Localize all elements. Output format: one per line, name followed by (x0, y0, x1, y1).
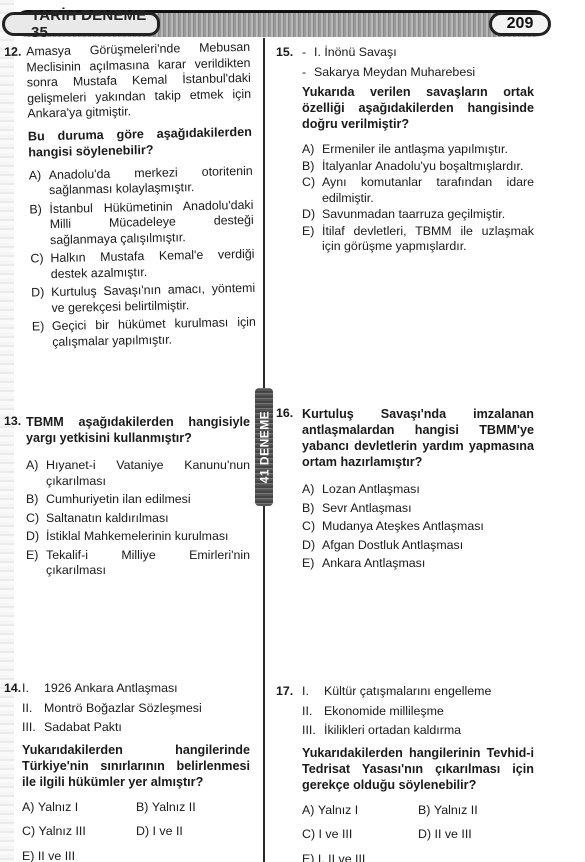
question-stem: Yukarıda verilen savaşların ortak özelli… (302, 84, 534, 132)
statement-item: -Sakarya Meydan Muharebesi (302, 65, 534, 81)
question-12: 12. Amasya Görüşmeleri'nde Mebusan Mecli… (4, 40, 256, 354)
option-b[interactable]: B) Yalnız II (136, 800, 250, 816)
question-stem: Kurtuluş Savaşı'nda imzalanan antlaşmala… (302, 406, 534, 470)
options-list: A)Lozan Antlaşması B)Sevr Antlaşması C)M… (302, 482, 534, 572)
option-e[interactable]: E)Geçici bir hükümet kurulması için çalı… (32, 315, 257, 351)
option-d[interactable]: D)Kurtuluş Savaşı'nın amacı, yöntemi ve … (31, 281, 256, 317)
question-13: 13. TBMM aşağıdakilerden hangisiyle yarg… (4, 414, 250, 582)
option-b[interactable]: B)İstanbul Hükümetinin Anadolu'daki Mill… (29, 197, 254, 248)
statement-item: III.Sadabat Paktı (22, 720, 250, 736)
options-grid: A) Yalnız I B) Yalnız II C) I ve III D) … (302, 803, 534, 862)
statement-item: II.Ekonomide millileşme (302, 704, 534, 720)
question-stem: Bu duruma göre aşağıdakilerden hangisi s… (28, 123, 253, 160)
statement-item: III.İkilikleri ortadan kaldırma (302, 723, 534, 739)
page-number-pill: 209 (489, 12, 551, 36)
page-header: TARİH DENEME 35 209 (0, 6, 585, 36)
option-d[interactable]: D)Afgan Dostluk Antlaşması (302, 538, 534, 554)
question-number: 17. (276, 684, 293, 700)
option-d[interactable]: D) II ve III (418, 827, 534, 843)
question-number: 15. (276, 45, 293, 61)
option-b[interactable]: B)Cumhuriyetin ilan edilmesi (26, 492, 250, 508)
statement-list: -I. İnönü Savaşı -Sakarya Meydan Muhareb… (302, 45, 534, 80)
option-a[interactable]: A)Anadolu'da merkezi otoritenin sağlanma… (29, 163, 254, 199)
statement-item: I.Kültür çatışmalarını engelleme (302, 684, 534, 700)
option-b[interactable]: B)İtalyanlar Anadolu'yu boşaltmışlardır. (302, 159, 534, 175)
options-list: A)Hıyanet-i Vataniye Kanunu'nun çıkarılm… (26, 458, 250, 579)
option-c[interactable]: C) I ve III (302, 827, 418, 843)
option-d[interactable]: D)Savunmadan taarruza geçilmiştir. (302, 207, 534, 223)
question-stem: Yukarıdakilerden hangilerinin Tevhid-i T… (302, 745, 534, 793)
option-b[interactable]: B) Yalnız II (418, 803, 534, 819)
option-c[interactable]: C)Mudanya Ateşkes Antlaşması (302, 519, 534, 535)
option-b[interactable]: B)Sevr Antlaşması (302, 501, 534, 517)
option-c[interactable]: C)Aynı komutanlar tarafından idare edilm… (302, 175, 534, 206)
option-e[interactable]: E)Tekalif-i Milliye Emirleri'nin çıkarıl… (26, 548, 250, 579)
page-title: TARİH DENEME 35 (31, 7, 157, 41)
question-number: 16. (276, 406, 293, 422)
side-tab-label: 41 DENEME (257, 411, 271, 484)
question-14: 14. I.1926 Ankara Antlaşması II.Montrö B… (4, 681, 250, 862)
option-e[interactable]: E)Ankara Antlaşması (302, 556, 534, 572)
options-list: A)Anadolu'da merkezi otoritenin sağlanma… (29, 163, 257, 350)
statement-list: I.Kültür çatışmalarını engelleme II.Ekon… (302, 684, 534, 739)
page-number: 209 (507, 15, 534, 33)
option-a[interactable]: A)Ermeniler ile antlaşma yapılmıştır. (302, 142, 534, 158)
question-number: 14. (4, 681, 21, 697)
question-number: 13. (4, 414, 21, 430)
statement-item: II.Montrö Boğazlar Sözleşmesi (22, 701, 250, 717)
option-e[interactable]: E) I, II ve III (302, 852, 418, 862)
question-stem: TBMM aşağıdakilerden hangisiyle yargı ye… (26, 414, 250, 446)
option-d[interactable]: D)İstiklal Mahkemelerinin kurulması (26, 529, 250, 545)
option-e[interactable]: E) II ve III (22, 849, 136, 862)
option-a[interactable]: A)Lozan Antlaşması (302, 482, 534, 498)
options-list: A)Ermeniler ile antlaşma yapılmıştır. B)… (302, 142, 534, 255)
option-e[interactable]: E)İtilaf devletleri, TBMM ile uzlaşmak i… (302, 224, 534, 255)
question-number: 12. (4, 45, 22, 61)
option-a[interactable]: A) Yalnız I (302, 803, 418, 819)
statement-item: -I. İnönü Savaşı (302, 45, 534, 61)
question-15: 15. -I. İnönü Savaşı -Sakarya Meydan Muh… (276, 45, 534, 256)
question-17: 17. I.Kültür çatışmalarını engelleme II.… (276, 684, 534, 862)
statement-item: I.1926 Ankara Antlaşması (22, 681, 250, 697)
side-tab: 41 DENEME (255, 388, 273, 506)
statement-list: I.1926 Ankara Antlaşması II.Montrö Boğaz… (22, 681, 250, 736)
title-pill: TARİH DENEME 35 (2, 12, 160, 36)
question-16: 16. Kurtuluş Savaşı'nda imzalanan antlaş… (276, 406, 534, 575)
options-grid: A) Yalnız I B) Yalnız II C) Yalnız III D… (22, 800, 250, 862)
option-c[interactable]: C) Yalnız III (22, 824, 136, 840)
question-text: Amasya Görüşmeleri'nde Mebusan Meclisini… (26, 40, 252, 122)
option-a[interactable]: A)Hıyanet-i Vataniye Kanunu'nun çıkarılm… (26, 458, 250, 489)
option-d[interactable]: D) I ve II (136, 824, 250, 840)
question-stem: Yukarıdakilerden hangilerinde Türkiye'ni… (22, 742, 250, 790)
option-c[interactable]: C)Halkın Mustafa Kemal'e verdiği destek … (30, 247, 255, 283)
option-c[interactable]: C)Saltanatın kaldırılması (26, 511, 250, 527)
option-a[interactable]: A) Yalnız I (22, 800, 136, 816)
